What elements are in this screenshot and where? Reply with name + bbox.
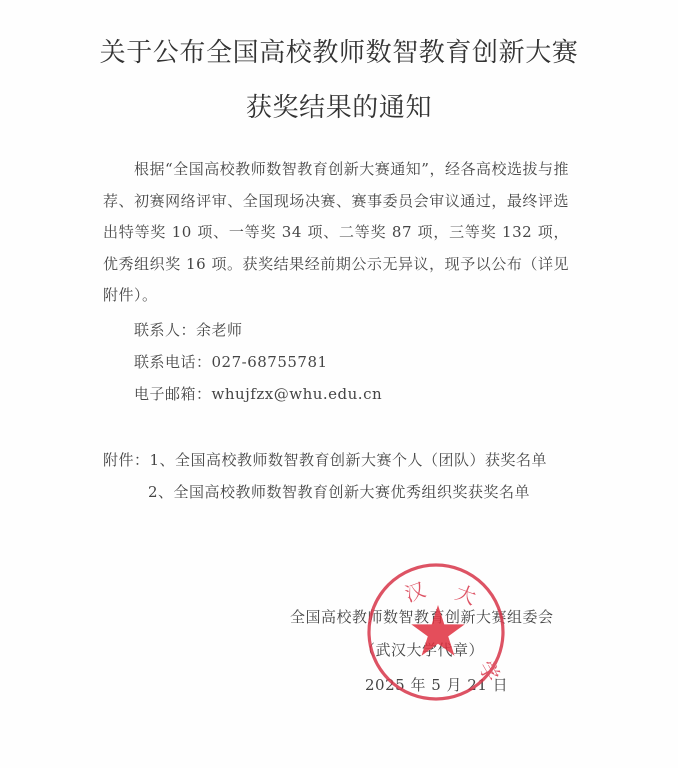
signature-seal-note: （武汉大学代章） <box>360 640 484 660</box>
attachment-item-1: 附件：1、全国高校教师数智教育创新大赛个人（团队）获奖名单 <box>103 450 547 470</box>
signature-date: 2025 年 5 月 21 日 <box>365 675 508 695</box>
signature-organization: 全国高校教师数智教育创新大赛组委会 <box>290 607 554 627</box>
contact-email: 电子邮箱：whujfzx@whu.edu.cn <box>134 384 382 404</box>
body-paragraph: 根据“全国高校教师数智教育创新大赛通知”，经各高校选拔与推荐、初赛网络评审、全国… <box>103 154 569 312</box>
attachment-item-2: 2、全国高校教师数智教育创新大赛优秀组织奖获奖名单 <box>148 482 530 502</box>
stamp-char: 汉 <box>402 577 429 606</box>
contact-phone: 联系电话：027-68755781 <box>134 352 328 372</box>
document-title-line-1: 关于公布全国高校教师数智教育创新大赛 <box>0 38 678 68</box>
document-page: 关于公布全国高校教师数智教育创新大赛 获奖结果的通知 根据“全国高校教师数智教育… <box>0 0 678 768</box>
document-title-line-2: 获奖结果的通知 <box>0 93 678 123</box>
stamp-char: 大 <box>452 580 479 609</box>
contact-person: 联系人：余老师 <box>134 320 243 340</box>
